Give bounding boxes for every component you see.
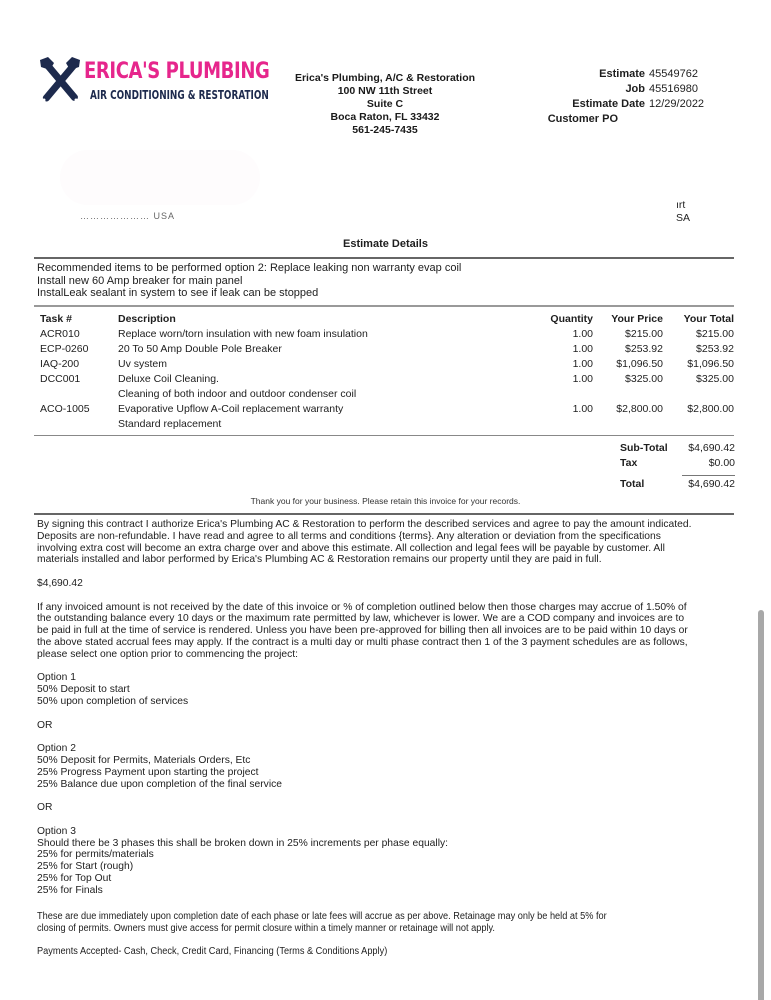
subtotal-row: Sub-Total $4,690.42 — [620, 442, 735, 457]
retainage-and-payments: These are due immediately upon completio… — [37, 911, 737, 958]
task-number: ECP-0260 — [40, 343, 88, 355]
table-row-continuation: Standard replacement — [40, 418, 740, 433]
task-number: DCC001 — [40, 373, 80, 385]
customer-po-value — [622, 112, 740, 127]
divider — [34, 257, 734, 259]
item-description: Deluxe Coil Cleaning. — [118, 373, 219, 385]
table-row: ACO-1005 Evaporative Upflow A-Coil repla… — [40, 403, 740, 418]
header-quantity: Quantity — [550, 313, 593, 325]
item-price: $1,096.50 — [616, 358, 663, 370]
vertical-scrollbar[interactable] — [758, 610, 764, 1000]
estimate-value: 45549762 — [649, 67, 740, 82]
tax-value: $0.00 — [709, 457, 735, 472]
task-number: ACO-1005 — [40, 403, 90, 415]
option-2-line: 50% Deposit for Permits, Materials Order… — [37, 755, 737, 767]
estimate-date-label: Estimate Date — [540, 97, 649, 112]
table-row: ECP-0260 20 To 50 Amp Double Pole Breake… — [40, 343, 740, 358]
subtotal-value: $4,690.42 — [688, 442, 735, 457]
option-3-line: 25% for permits/materials — [37, 849, 737, 861]
item-quantity: 1.00 — [573, 358, 593, 370]
estimate-date-row: Estimate Date 12/29/2022 — [540, 97, 740, 112]
item-description: Uv system — [118, 358, 167, 370]
tax-row: Tax $0.00 — [620, 457, 735, 472]
option-2-line: 25% Progress Payment upon starting the p… — [37, 767, 737, 779]
late-fee-text: the above stated accrual fees may apply.… — [37, 637, 737, 649]
note-line: InstalLeak sealant in system to see if l… — [37, 287, 461, 300]
note-line: Recommended items to be performed option… — [37, 262, 461, 275]
item-price: $325.00 — [625, 373, 663, 385]
customer-po-row: Customer PO — [540, 112, 740, 127]
logo-title: ERICA'S PLUMBING — [84, 60, 269, 84]
item-price: $215.00 — [625, 328, 663, 340]
company-street: 100 NW 11th Street — [280, 85, 490, 98]
item-total: $1,096.50 — [687, 358, 734, 370]
late-fee-text: be paid in full at the time of service i… — [37, 625, 737, 637]
option-1-line: 50% Deposit to start — [37, 684, 737, 696]
header-price: Your Price — [611, 313, 663, 325]
item-price: $2,800.00 — [616, 403, 663, 415]
customer-address-partial: ………………… USA — [80, 211, 175, 221]
item-description: 20 To 50 Amp Double Pole Breaker — [118, 343, 282, 355]
table-row-continuation: Cleaning of both indoor and outdoor cond… — [40, 388, 740, 403]
authorization-text: materials installed and labor performed … — [37, 554, 737, 566]
crossed-wrenches-icon — [38, 56, 82, 106]
thank-you-note: Thank you for your business. Please reta… — [0, 496, 771, 506]
job-number-row: Job 45516980 — [540, 82, 740, 97]
late-fee-text: please select one option prior to commen… — [37, 649, 737, 661]
item-quantity: 1.00 — [573, 403, 593, 415]
item-quantity: 1.00 — [573, 328, 593, 340]
item-price: $253.92 — [625, 343, 663, 355]
option-1-line: 50% upon completion of services — [37, 696, 737, 708]
table-row: DCC001 Deluxe Coil Cleaning. 1.00 $325.0… — [40, 373, 740, 388]
estimate-details-heading: Estimate Details — [0, 238, 771, 250]
contract-amount: $4,690.42 — [37, 578, 737, 590]
item-total: $2,800.00 — [687, 403, 734, 415]
item-total: $253.92 — [696, 343, 734, 355]
table-row: IAQ-200 Uv system 1.00 $1,096.50 $1,096.… — [40, 358, 740, 373]
divider — [34, 435, 734, 436]
estimate-meta: Estimate 45549762 Job 45516980 Estimate … — [540, 67, 740, 127]
totals-block: Sub-Total $4,690.42 Tax $0.00 Total $4,6… — [620, 442, 735, 493]
task-number: ACR010 — [40, 328, 80, 340]
option-3-title: Option 3 — [37, 826, 737, 838]
item-quantity: 1.00 — [573, 373, 593, 385]
item-description: Evaporative Upflow A-Coil replacement wa… — [118, 403, 343, 415]
estimate-number-row: Estimate 45549762 — [540, 67, 740, 82]
authorization-text: Deposits are non-refundable. I have read… — [37, 531, 737, 543]
total-value: $4,690.42 — [688, 478, 735, 493]
authorization-text: involving extra cost will become an extr… — [37, 543, 737, 555]
item-description: Cleaning of both indoor and outdoor cond… — [118, 388, 356, 400]
or-separator: OR — [37, 802, 737, 814]
header-task: Task # — [40, 313, 72, 325]
option-2-line: 25% Balance due upon completion of the f… — [37, 779, 737, 791]
retainage-text: These are due immediately upon completio… — [37, 911, 681, 923]
total-label: Total — [620, 478, 644, 493]
late-fee-text: the outstanding balance every 10 days or… — [37, 613, 737, 625]
job-label: Job — [540, 82, 649, 97]
estimate-notes: Recommended items to be performed option… — [37, 262, 461, 300]
or-separator: OR — [37, 720, 737, 732]
task-number: IAQ-200 — [40, 358, 79, 370]
estimate-date-value: 12/29/2022 — [649, 97, 740, 112]
total-row: Total $4,690.42 — [620, 478, 735, 493]
option-2-title: Option 2 — [37, 743, 737, 755]
company-suite: Suite C — [280, 98, 490, 111]
service-address-line2: SA — [676, 212, 690, 225]
option-3-line: 25% for Start (rough) — [37, 861, 737, 873]
item-total: $325.00 — [696, 373, 734, 385]
company-phone: 561-245-7435 — [280, 124, 490, 137]
authorization-text: By signing this contract I authorize Eri… — [37, 519, 737, 531]
company-address: Erica's Plumbing, A/C & Restoration 100 … — [280, 72, 490, 137]
item-total: $215.00 — [696, 328, 734, 340]
company-city: Boca Raton, FL 33432 — [280, 111, 490, 124]
estimate-label: Estimate — [540, 67, 649, 82]
payments-accepted: Payments Accepted- Cash, Check, Credit C… — [37, 946, 681, 958]
note-line: Install new 60 Amp breaker for main pane… — [37, 275, 461, 288]
service-address-line1: ırt — [676, 199, 690, 212]
terms-and-conditions: By signing this contract I authorize Eri… — [37, 519, 737, 897]
table-header: Task # Description Quantity Your Price Y… — [40, 313, 740, 328]
item-quantity: 1.00 — [573, 343, 593, 355]
retainage-text: closing of permits. Owners must give acc… — [37, 923, 681, 935]
table-row: ACR010 Replace worn/torn insulation with… — [40, 328, 740, 343]
tax-label: Tax — [620, 457, 637, 472]
late-fee-text: If any invoiced amount is not received b… — [37, 602, 737, 614]
service-address-partial: ırt SA — [676, 199, 690, 225]
option-3-line: 25% for Top Out — [37, 873, 737, 885]
company-name: Erica's Plumbing, A/C & Restoration — [280, 72, 490, 85]
company-logo: ERICA'S PLUMBING AIR CONDITIONING & REST… — [38, 56, 263, 108]
item-description: Standard replacement — [118, 418, 221, 430]
divider — [34, 305, 734, 307]
job-value: 45516980 — [649, 82, 740, 97]
line-items-table: Task # Description Quantity Your Price Y… — [40, 313, 740, 433]
customer-po-label: Customer PO — [540, 112, 622, 127]
item-description: Replace worn/torn insulation with new fo… — [118, 328, 368, 340]
subtotal-label: Sub-Total — [620, 442, 668, 457]
total-separator — [682, 475, 735, 476]
redacted-customer-address — [60, 150, 260, 205]
option-3-line: Should there be 3 phases this shall be b… — [37, 838, 737, 850]
option-1-title: Option 1 — [37, 672, 737, 684]
logo-subtitle: AIR CONDITIONING & RESTORATION — [90, 88, 269, 102]
option-3-line: 25% for Finals — [37, 885, 737, 897]
header-description: Description — [118, 313, 176, 325]
divider — [34, 513, 734, 515]
header-total: Your Total — [684, 313, 734, 325]
